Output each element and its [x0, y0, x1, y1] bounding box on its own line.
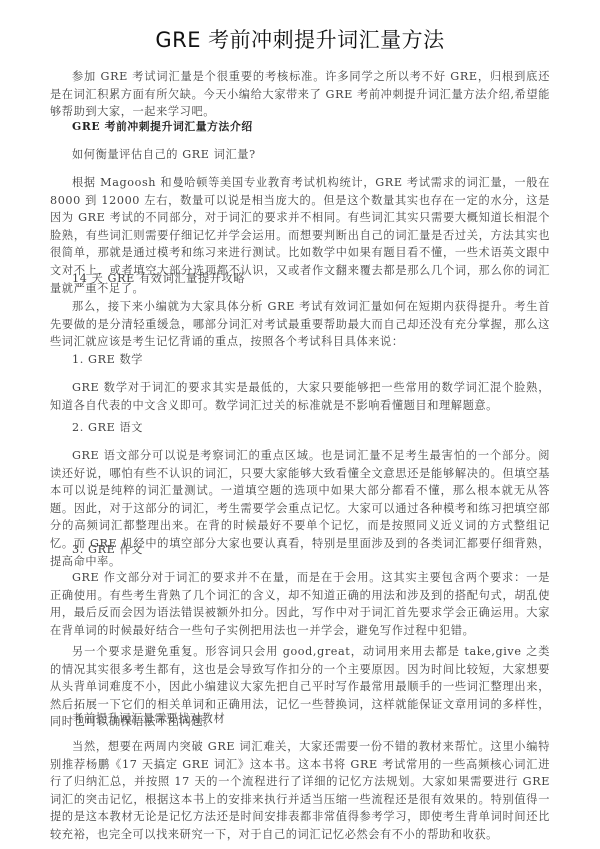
paragraph-gre-math: GRE 数学对于词汇的要求其实是最低的，大家只要能够把一些常用的数学词汇混个脸熟…	[50, 379, 550, 414]
document-page: GRE 考前冲刺提升词汇量方法 参加 GRE 考试词汇量是个很重要的考核标准。许…	[0, 0, 600, 849]
paragraph-14-day-strategy: 那么，接下来小编就为大家具体分析 GRE 考试有效词汇量如何在短期内获得提升。考…	[50, 298, 550, 351]
heading-gre-verbal: 2. GRE 语文	[72, 419, 552, 436]
heading-gre-writing: 3. GRE 作文	[72, 541, 552, 558]
paragraph-gre-writing-1: GRE 作文部分对于词汇的要求并不在量，而是在于会用。这其实主要包含两个要求：一…	[50, 569, 550, 639]
heading-vocab-assessment: 如何衡量评估自己的 GRE 词汇量?	[72, 146, 552, 163]
section-title: GRE 考前冲刺提升词汇量方法介绍	[72, 118, 552, 135]
paragraph-textbook: 当然，想要在两周内突破 GRE 词汇难关，大家还需要一份不错的教材来帮忙。这里小…	[50, 738, 550, 844]
heading-14-day-strategy: 14 天 GRE 有效词汇量提升攻略	[72, 270, 552, 287]
heading-gre-math: 1. GRE 数学	[72, 351, 552, 368]
intro-paragraph: 参加 GRE 考试词汇量是个很重要的考核标准。许多同学之所以考不好 GRE，归根…	[50, 68, 550, 121]
document-title: GRE 考前冲刺提升词汇量方法	[0, 26, 600, 54]
heading-textbook: 考前提升词汇量需要找对教材	[72, 710, 552, 727]
